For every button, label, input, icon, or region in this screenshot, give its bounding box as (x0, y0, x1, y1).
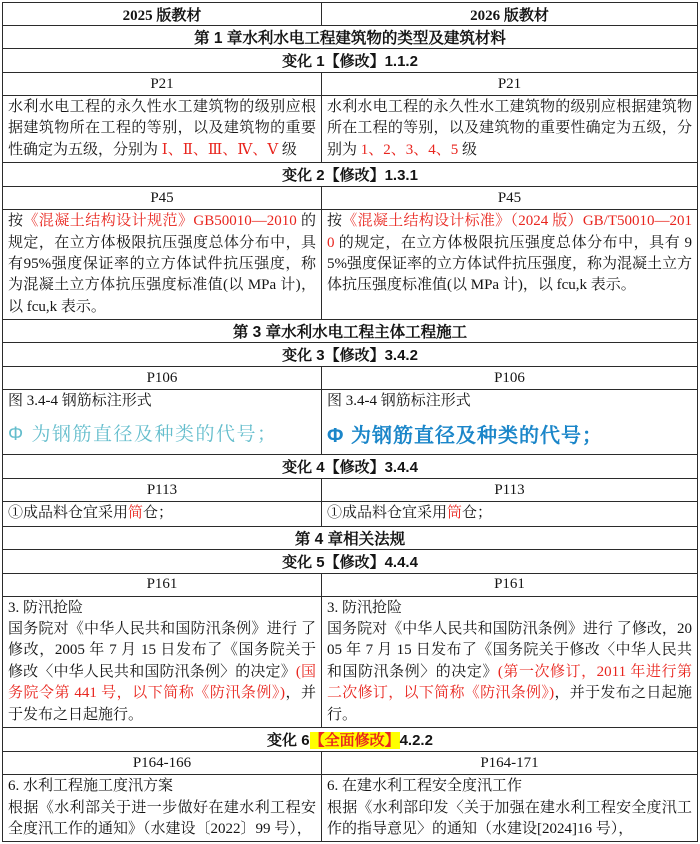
text-run: 的规定，在立方体极限抗压强度总体分布中，具有 95%强度保证率的立方体试件抗压强… (327, 235, 692, 294)
table-row-chapter: 第 3 章水利水电工程主体工程施工 (3, 320, 698, 343)
page-ref-cell: P113 (3, 479, 322, 502)
text-run: P21 (498, 76, 521, 92)
text-run: 2026 版教材 (470, 8, 549, 24)
text-run: P21 (150, 76, 173, 92)
changed-text: 1、2、3、4、5 (361, 142, 459, 158)
table-row-change: 变化 1【修改】1.1.2 (3, 49, 698, 73)
changed-text: Ⅰ、Ⅱ、Ⅲ、Ⅳ、Ⅴ (162, 142, 278, 158)
comparison-table: 2025 版教材2026 版教材第 1 章水利水电工程建筑物的类型及建筑材料变化… (2, 2, 698, 842)
text-run: 变化 2【修改】1.3.1 (282, 167, 418, 184)
text-run: 国务院对《中华人民共和国防汛条例》进行 了修改，2005 年 7 月 15 日发… (8, 621, 316, 680)
changed-text: 《混凝土结构设计规范》GB50010—2010 (23, 213, 296, 229)
chapter-title-cell: 第 1 章水利水电工程建筑物的类型及建筑材料 (3, 26, 698, 49)
content-cell: 水利水电工程的永久性水工建筑物的级别应根据建筑物所在工程的等别，以及建筑物的重要… (322, 96, 698, 163)
chapter-title-cell: 第 4 章相关法规 (3, 526, 698, 549)
page-ref-cell: P45 (322, 187, 698, 210)
text-run: 6. 水利工程施工度汛方案 (8, 778, 173, 794)
text-run: 级 (458, 142, 477, 158)
text-run: P45 (150, 190, 173, 206)
content-cell: ①成品料仓宜采用简仓； (3, 502, 322, 526)
content-cell: 按《混凝土结构设计标准》（2024 版）GB/T50010—2010 的规定，在… (322, 210, 698, 320)
highlighted-label: 【全面修改】 (310, 732, 400, 749)
text-run: 根据《水利部关于进一步做好在建水利工程安全度汛工作的通知》（水建设〔2022〕9… (8, 800, 316, 837)
content-cell: 按《混凝土结构设计规范》GB50010—2010 的规定，在立方体极限抗压强度总… (3, 210, 322, 320)
content-cell: 6. 在建水利工程安全度汛工作根据《水利部印发〈关于加强在建水利工程安全度汛工作… (322, 775, 698, 842)
table-body: 2025 版教材2026 版教材第 1 章水利水电工程建筑物的类型及建筑材料变化… (3, 3, 698, 842)
content-cell: 3. 防汛抢险国务院对《中华人民共和国防汛条例》进行 了修改，2005 年 7 … (322, 596, 698, 727)
page-ref-cell: P113 (322, 479, 698, 502)
text-run: 变化 3【修改】3.4.2 (282, 347, 418, 364)
table-row-figure: 图 3.4-4 钢筋标注形式Φ 为钢筋直径及种类的代号；图 3.4-4 钢筋标注… (3, 390, 698, 455)
table-row-page: P21P21 (3, 73, 698, 96)
page-ref-cell: P161 (322, 573, 698, 596)
text-run: 4.2.2 (400, 732, 433, 749)
change-label-cell: 变化 6【全面修改】4.2.2 (3, 728, 698, 752)
table-row-page: P45P45 (3, 187, 698, 210)
document-page: 2025 版教材2026 版教材第 1 章水利水电工程建筑物的类型及建筑材料变化… (0, 2, 700, 842)
text-run: ①成品料仓宜采用 (8, 505, 128, 521)
text-run: P113 (147, 482, 177, 498)
change-label-cell: 变化 3【修改】3.4.2 (3, 343, 698, 367)
table-row-content: 3. 防汛抢险国务院对《中华人民共和国防汛条例》进行 了修改，2005 年 7 … (3, 596, 698, 727)
text-run: P161 (494, 576, 525, 592)
changed-text: 简 (128, 505, 143, 521)
text-run: 6. 在建水利工程安全度汛工作 (327, 778, 522, 794)
text-run: 变化 5【修改】4.4.4 (282, 554, 418, 571)
table-row-change: 变化 4【修改】3.4.4 (3, 455, 698, 479)
text-run: ①成品料仓宜采用 (327, 505, 447, 521)
table-row-page: P164-166P164-171 (3, 752, 698, 775)
text-run: 第 3 章水利水电工程主体工程施工 (233, 324, 467, 341)
table-row-change: 变化 3【修改】3.4.2 (3, 343, 698, 367)
page-ref-cell: P21 (322, 73, 698, 96)
page-ref-cell: P106 (3, 367, 322, 390)
text-run: 仓； (143, 505, 173, 521)
change-label-cell: 变化 5【修改】4.4.4 (3, 549, 698, 573)
text-run: 根据《水利部印发〈关于加强在建水利工程安全度汛工作的指导意见〉的通知（水建设[2… (327, 800, 692, 837)
text-run: P106 (147, 370, 178, 386)
table-row-page: P106P106 (3, 367, 698, 390)
text-run: 2025 版教材 (123, 8, 202, 24)
page-ref-cell: P21 (3, 73, 322, 96)
text-run: P164-171 (480, 755, 538, 771)
change-label-cell: 变化 2【修改】1.3.1 (3, 163, 698, 187)
text-run: 仓； (462, 505, 492, 521)
content-cell: 水利水电工程的永久性水工建筑物的级别应根据建筑物所在工程的等别，以及建筑物的重要… (3, 96, 322, 163)
content-cell: 3. 防汛抢险国务院对《中华人民共和国防汛条例》进行 了修改，2005 年 7 … (3, 596, 322, 727)
table-row-chapter: 第 4 章相关法规 (3, 526, 698, 549)
content-cell: ①成品料仓宜采用筒仓； (322, 502, 698, 526)
table-row-page: P161P161 (3, 573, 698, 596)
text-run: 变化 1【修改】1.1.2 (282, 53, 418, 70)
text-run: P164-166 (133, 755, 191, 771)
table-row-change: 变化 6【全面修改】4.2.2 (3, 728, 698, 752)
chapter-title-cell: 第 3 章水利水电工程主体工程施工 (3, 320, 698, 343)
table-row-header: 2025 版教材2026 版教材 (3, 3, 698, 26)
text-run: P161 (147, 576, 178, 592)
text-run: 3. 防汛抢险 (327, 600, 402, 616)
table-row-chapter: 第 1 章水利水电工程建筑物的类型及建筑材料 (3, 26, 698, 49)
text-run: 级 (278, 142, 297, 158)
table-row-page: P113P113 (3, 479, 698, 502)
table-row-content: 6. 水利工程施工度汛方案根据《水利部关于进一步做好在建水利工程安全度汛工作的通… (3, 775, 698, 842)
page-ref-cell: P164-166 (3, 752, 322, 775)
text-run: 按 (327, 213, 342, 229)
table-row-content: ①成品料仓宜采用简仓；①成品料仓宜采用筒仓； (3, 502, 698, 526)
figure-cell: 图 3.4-4 钢筋标注形式Φ 为钢筋直径及种类的代号； (322, 390, 698, 455)
text-run: 按 (8, 213, 23, 229)
page-ref-cell: P45 (3, 187, 322, 210)
page-ref-cell: P106 (322, 367, 698, 390)
text-run: 3. 防汛抢险 (8, 600, 83, 616)
text-run: P113 (494, 482, 524, 498)
changed-text: 筒 (447, 505, 462, 521)
rebar-notation-image: Φ 为钢筋直径及种类的代号； (327, 419, 692, 448)
change-label-cell: 变化 4【修改】3.4.4 (3, 455, 698, 479)
table-row-content: 水利水电工程的永久性水工建筑物的级别应根据建筑物所在工程的等别，以及建筑物的重要… (3, 96, 698, 163)
text-run: P106 (494, 370, 525, 386)
text-run: 第 1 章水利水电工程建筑物的类型及建筑材料 (194, 30, 506, 47)
rebar-notation-image: Φ 为钢筋直径及种类的代号； (8, 419, 316, 446)
content-cell: 6. 水利工程施工度汛方案根据《水利部关于进一步做好在建水利工程安全度汛工作的通… (3, 775, 322, 842)
figure-cell: 图 3.4-4 钢筋标注形式Φ 为钢筋直径及种类的代号； (3, 390, 322, 455)
figure-caption: 图 3.4-4 钢筋标注形式 (8, 391, 316, 412)
column-header-cell: 2025 版教材 (3, 3, 322, 26)
page-ref-cell: P161 (3, 573, 322, 596)
text-run: P45 (498, 190, 521, 206)
text-run: 变化 4【修改】3.4.4 (282, 459, 418, 476)
change-label-cell: 变化 1【修改】1.1.2 (3, 49, 698, 73)
text-run: 变化 6 (267, 732, 310, 749)
table-row-content: 按《混凝土结构设计规范》GB50010—2010 的规定，在立方体极限抗压强度总… (3, 210, 698, 320)
table-row-change: 变化 5【修改】4.4.4 (3, 549, 698, 573)
text-run: 第 4 章相关法规 (295, 531, 405, 548)
figure-caption: 图 3.4-4 钢筋标注形式 (327, 391, 692, 412)
page-ref-cell: P164-171 (322, 752, 698, 775)
column-header-cell: 2026 版教材 (322, 3, 698, 26)
table-row-change: 变化 2【修改】1.3.1 (3, 163, 698, 187)
